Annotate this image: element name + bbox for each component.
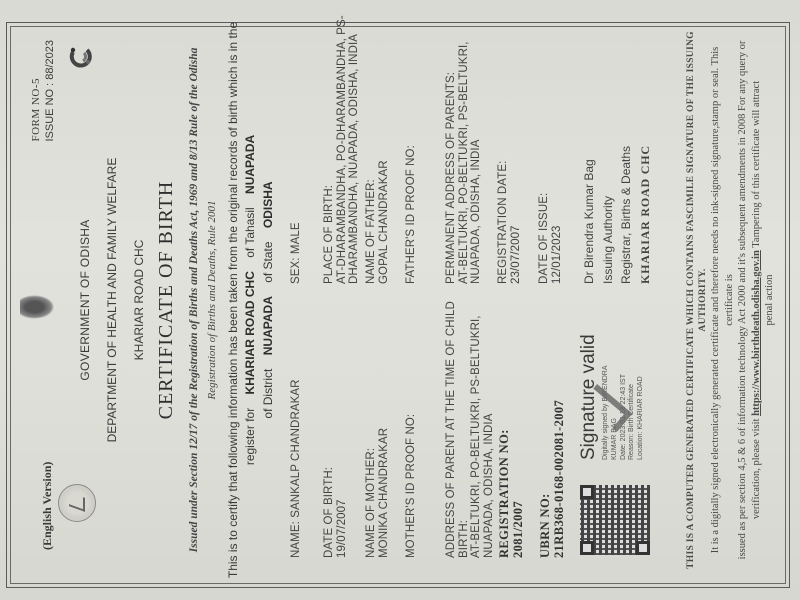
father-id-proof: FATHER'S ID PROOF NO: — [405, 14, 418, 284]
certificate-border-inner — [10, 26, 786, 584]
qr-finder-icon — [580, 541, 594, 555]
registration-no-value: 2081/2007 — [511, 293, 525, 558]
permanent-address-label: PERMANENT ADDRESS OF PARENTS: — [445, 14, 458, 284]
birth-address-label: ADDRESS OF PARENT AT THE TIME OF CHILD B… — [445, 293, 470, 558]
mother-value: MONIKA CHANDRAKAR — [378, 293, 391, 558]
date-of-birth: DATE OF BIRTH: 19/07/2007 — [323, 293, 348, 558]
authority-name: Dr Birendra Kumar Bag — [580, 145, 599, 284]
permanent-address-value: AT-BELTUKRI, PO-BELTUKRI, PS-BELTUKRI, N… — [458, 14, 483, 284]
father-name: NAME OF FATHER: GOPAL CHANDRAKAR — [365, 14, 390, 284]
place-label: PLACE OF BIRTH: — [323, 14, 336, 284]
dob-label: DATE OF BIRTH: — [323, 293, 336, 558]
footer-line-1: It is a digitally signed electronically … — [709, 30, 736, 570]
father-label: NAME OF FATHER: — [365, 14, 378, 284]
form-number-block: FORM NO-5 ISSUE NO : 88/2023 — [30, 40, 58, 142]
footer-line-2: issued as per section 4,5 & 6 of informa… — [736, 30, 749, 570]
register-for-label: register for — [243, 408, 257, 465]
place-of-birth: PLACE OF BIRTH: AT-DHARAMBANDHA, PO-DHAR… — [323, 14, 361, 284]
tahasil-value: NUAPADA — [243, 135, 257, 194]
authority-office: Registrar, Births & Deaths — [617, 145, 636, 284]
rule-text: Registration of Births and Deaths, Rule … — [206, 0, 218, 600]
issuing-authority: Dr Birendra Kumar Bag Issuing Authority … — [580, 145, 654, 284]
district-value: NUAPADA — [261, 296, 275, 355]
mother-name: NAME OF MOTHER: MONIKA CHANDRAKAR — [365, 293, 390, 558]
mother-id-proof: MOTHER'S ID PROOF NO: — [405, 293, 418, 558]
registration-number: REGISTRATION NO: 2081/2007 — [497, 293, 526, 558]
issue-date-value: 12/01/2023 — [551, 14, 564, 284]
child-name: NAME: SANKALP CHANDRAKAR — [290, 293, 303, 558]
government-heading: GOVERNMENT OF ODISHA — [78, 0, 92, 600]
certificate-title: CERTIFICATE OF BIRTH — [155, 0, 178, 600]
qr-finder-icon — [636, 541, 650, 555]
signature-date: Date: 2023.01.18 22:43 IST — [620, 310, 629, 460]
registration-date-value: 23/07/2007 — [510, 14, 523, 284]
tahasil-label: of Tahasil — [243, 207, 257, 257]
footer-disclaimer: THIS IS A COMPUTER GENERATED CERTIFICATE… — [685, 30, 777, 570]
footer-line-4: penal action — [763, 30, 776, 570]
registration-date-label: REGISTRATION DATE: — [497, 14, 510, 284]
qr-finder-icon — [580, 485, 594, 499]
issue-date-label: DATE OF ISSUE: — [538, 14, 551, 284]
register-for-value: KHARIAR ROAD CHC — [243, 271, 257, 394]
footer-tamper-text: Tampering of this certificate will attra… — [751, 81, 762, 248]
form-number: FORM NO-5 — [30, 40, 44, 142]
birth-certificate: (English Version) FORM NO-5 ISSUE NO : 8… — [0, 0, 800, 600]
signature-signer-name: KUMAR BAG — [611, 310, 620, 460]
verification-link[interactable]: https://www.birthdeath.odisha.gov.in — [751, 250, 762, 416]
authority-facility: KHARIAR ROAD CHC — [636, 145, 655, 284]
registration-date: REGISTRATION DATE: 23/07/2007 — [497, 14, 522, 284]
national-emblem-icon — [20, 294, 56, 320]
father-value: GOPAL CHANDRAKAR — [378, 14, 391, 284]
signature-location: Location: KHARIAR ROAD — [637, 310, 646, 460]
ubrn-label: UBRN NO: — [538, 293, 552, 558]
issue-number: ISSUE NO : 88/2023 — [44, 40, 58, 142]
certify-text: This is to certify that following inform… — [226, 0, 240, 600]
footer-line-3: verification, please visit https://www.b… — [750, 30, 763, 570]
verification-qr-code[interactable] — [580, 485, 650, 555]
permanent-address: PERMANENT ADDRESS OF PARENTS: AT-BELTUKR… — [445, 14, 483, 284]
department-heading: DEPARTMENT OF HEALTH AND FAMILY WELFARE — [105, 0, 119, 600]
place-value: AT-DHARAMBANDHA, PO-DHARAMBANDHA, PS-DHA… — [336, 14, 361, 284]
mother-label: NAME OF MOTHER: — [365, 293, 378, 558]
footer-caps-notice: THIS IS A COMPUTER GENERATED CERTIFICATE… — [685, 30, 709, 570]
authority-role: Issuing Authority — [599, 145, 618, 284]
sex: SEX: MALE — [290, 14, 303, 284]
birth-address-value: AT-BELTUKRI, PO-BELTUKRI, PS-BELTUKRI, N… — [470, 293, 495, 558]
signature-signed-by: Digitally signed by BIRENDRA — [602, 310, 611, 460]
date-of-issue: DATE OF ISSUE: 12/01/2023 — [538, 14, 563, 284]
state-value: ODISHA — [261, 181, 275, 228]
dob-value: 19/07/2007 — [336, 293, 349, 558]
ubrn-value: 21RB368-0168-002081-2007 — [552, 293, 566, 558]
signature-reason: Reason: Birth Certificate — [628, 310, 637, 460]
digital-signature-block: Signature valid Digitally signed by BIRE… — [578, 310, 658, 460]
version-label: (English Version) — [40, 462, 55, 550]
register-line: register for KHARIAR ROAD CHC of Tahasil… — [243, 0, 257, 600]
district-line: of District NUAPADA of State ODISHA — [261, 0, 275, 600]
facility-heading: KHARIAR ROAD CHC — [132, 0, 146, 600]
footer-visit-text: verification, please visit — [751, 419, 762, 520]
district-label: of District — [261, 369, 275, 419]
registration-no-label: REGISTRATION NO: — [497, 293, 511, 558]
birth-address: ADDRESS OF PARENT AT THE TIME OF CHILD B… — [445, 293, 496, 558]
issued-under-text: Issued under Section 12/17 of the Regist… — [188, 0, 200, 600]
signature-meta: Digitally signed by BIRENDRA KUMAR BAG D… — [602, 310, 646, 460]
ubrn-number: UBRN NO: 21RB368-0168-002081-2007 — [538, 293, 567, 558]
state-label: of State — [261, 241, 275, 282]
